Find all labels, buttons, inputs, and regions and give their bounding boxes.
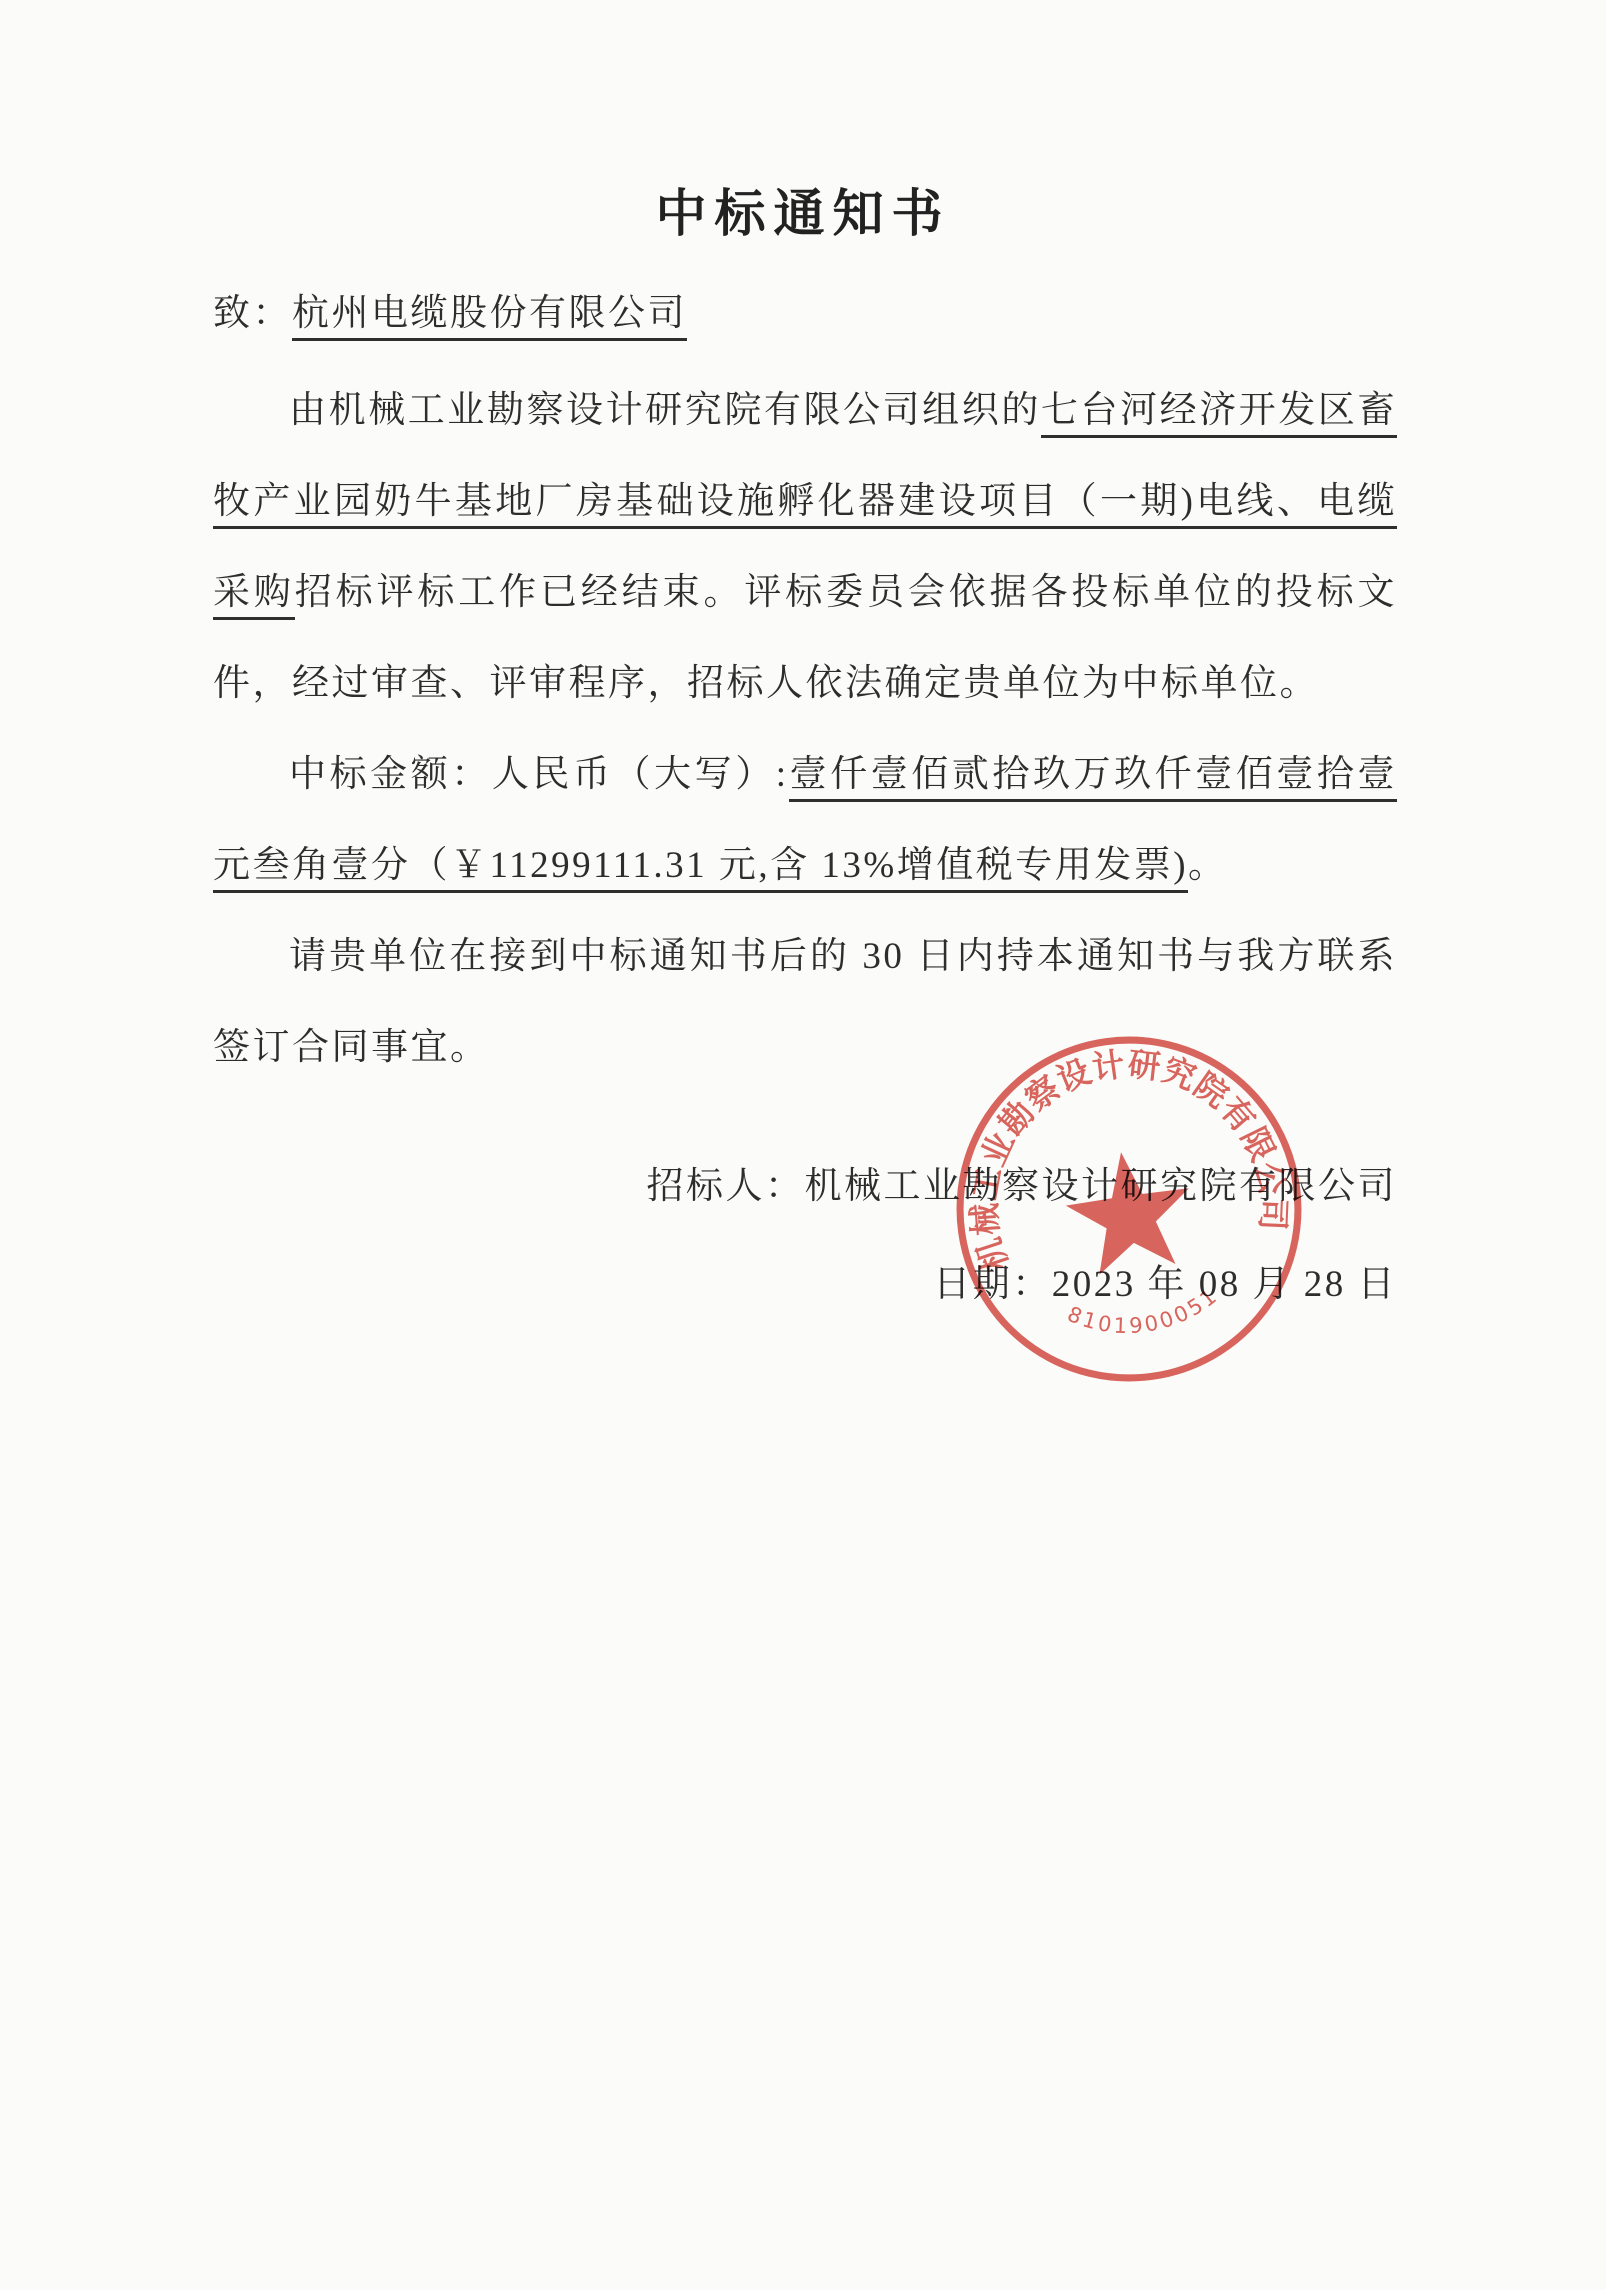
bidder-label: 招标人： [647,1166,805,1207]
recipient-line: 致：杭州电缆股份有限公司 [213,268,1397,359]
bidder-line: 招标人：机械工业勘察设计研究院有限公司 [213,1138,1397,1236]
document-body: 致：杭州电缆股份有限公司 由机械工业勘察设计研究院有限公司组织的七台河经济开发区… [213,268,1397,1093]
date-label: 日期： [933,1264,1052,1305]
paragraph-amount: 中标金额：人民币（大写）:壹仟壹佰贰拾玖万玖仟壹佰壹拾壹元叁角壹分（￥11299… [213,729,1397,911]
amount-tail: 。 [1188,845,1228,886]
date-value: 2023 年 08 月 28 日 [1052,1264,1397,1305]
paragraph-instruction: 请贵单位在接到中标通知书后的 30 日内持本通知书与我方联系签订合同事宜。 [213,911,1397,1093]
paragraph-award-rest: 招标评标工作已经结束。评标委员会依据各投标单位的投标文件，经过审查、评审程序，招… [213,572,1397,704]
recipient-prefix: 致： [213,293,292,334]
paragraph-award-lead: 由机械工业勘察设计研究院有限公司组织的 [289,390,1041,431]
amount-label: 中标金额：人民币（大写）: [289,754,789,795]
recipient-name: 杭州电缆股份有限公司 [292,293,687,341]
signature-block: 招标人：机械工业勘察设计研究院有限公司 日期：2023 年 08 月 28 日 [213,1138,1397,1334]
scanned-document-page: 中标通知书 致：杭州电缆股份有限公司 由机械工业勘察设计研究院有限公司组织的七台… [0,0,1606,2290]
paragraph-award: 由机械工业勘察设计研究院有限公司组织的七台河经济开发区畜牧产业园奶牛基地厂房基础… [213,365,1397,729]
document-title: 中标通知书 [0,172,1606,246]
date-line: 日期：2023 年 08 月 28 日 [213,1236,1397,1334]
instruction-text: 请贵单位在接到中标通知书后的 30 日内持本通知书与我方联系签订合同事宜。 [213,936,1397,1068]
bidder-name: 机械工业勘察设计研究院有限公司 [805,1166,1398,1207]
